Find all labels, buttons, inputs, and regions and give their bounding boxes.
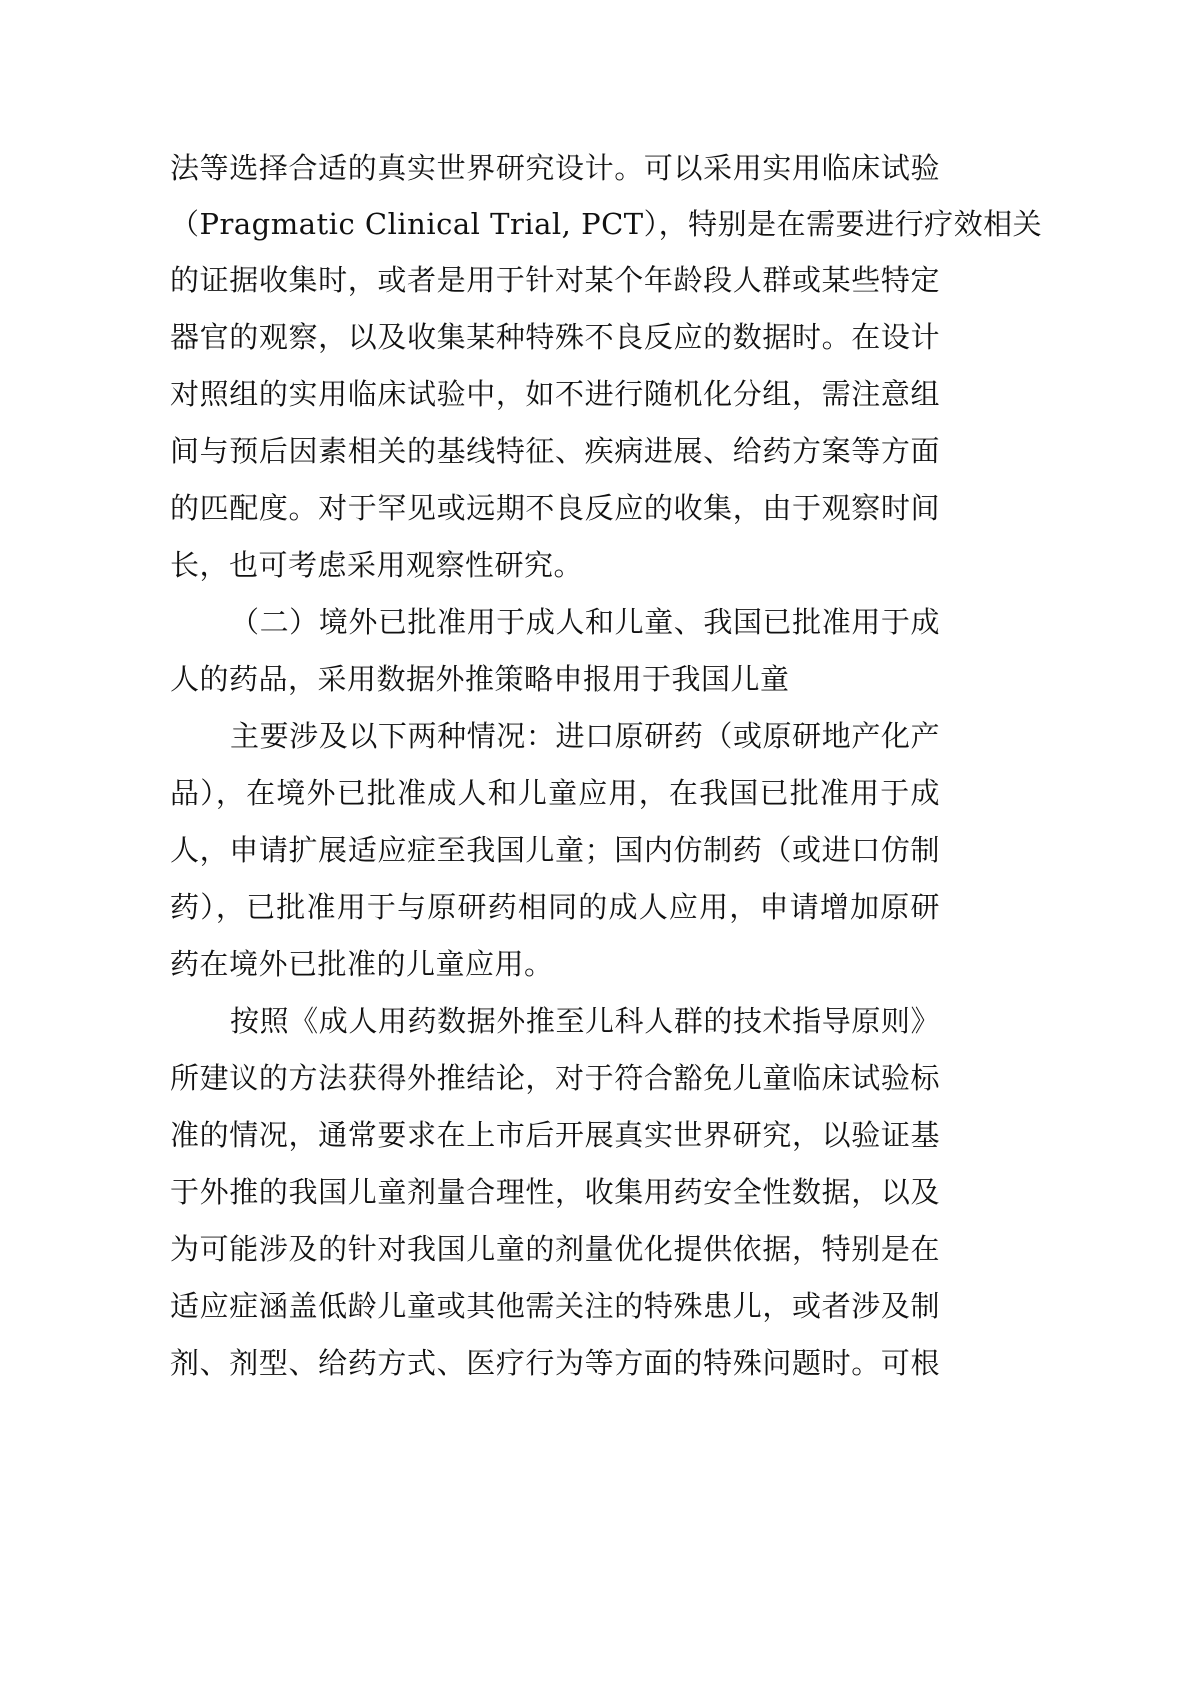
paragraph-line: 药），已批准用于与原研药相同的成人应用，申请增加原研 (170, 887, 940, 927)
paragraph-line: 于外推的我国儿童剂量合理性，收集用药安全性数据，以及 (170, 1172, 940, 1212)
paragraph-line: 所建议的方法获得外推结论，对于符合豁免儿童临床试验标 (170, 1058, 940, 1098)
paragraph-line: 长，也可考虑采用观察性研究。 (170, 545, 940, 585)
paragraph-line: 的证据收集时，或者是用于针对某个年龄段人群或某些特定 (170, 260, 940, 300)
paragraph-line: 适应症涵盖低龄儿童或其他需关注的特殊患儿，或者涉及制 (170, 1286, 940, 1326)
paragraph-line: 品），在境外已批准成人和儿童应用，在我国已批准用于成 (170, 773, 940, 813)
paragraph-line: （Pragmatic Clinical Trial, PCT），特别是在需要进行… (170, 204, 940, 244)
paragraph-line: 法等选择合适的真实世界研究设计。可以采用实用临床试验 (170, 148, 940, 188)
paragraph-line: 对照组的实用临床试验中，如不进行随机化分组，需注意组 (170, 374, 940, 414)
section-heading: （二）境外已批准用于成人和儿童、我国已批准用于成 (230, 602, 940, 642)
paragraph-line: 剂、剂型、给药方式、医疗行为等方面的特殊问题时。可根 (170, 1343, 940, 1383)
paragraph-line: 器官的观察，以及收集某种特殊不良反应的数据时。在设计 (170, 317, 940, 357)
paragraph-line: 为可能涉及的针对我国儿童的剂量优化提供依据，特别是在 (170, 1229, 940, 1269)
document-page: 法等选择合适的真实世界研究设计。可以采用实用临床试验 （Pragmatic Cl… (0, 0, 1200, 1696)
paragraph-line: 人，申请扩展适应症至我国儿童；国内仿制药（或进口仿制 (170, 830, 940, 870)
section-heading-continued: 人的药品，采用数据外推策略申报用于我国儿童 (170, 659, 940, 699)
paragraph-line: 药在境外已批准的儿童应用。 (170, 944, 940, 984)
paragraph-first-line: 主要涉及以下两种情况：进口原研药（或原研地产化产 (230, 716, 940, 756)
paragraph-first-line: 按照《成人用药数据外推至儿科人群的技术指导原则》 (230, 1001, 940, 1041)
paragraph-line: 准的情况，通常要求在上市后开展真实世界研究，以验证基 (170, 1115, 940, 1155)
paragraph-line: 间与预后因素相关的基线特征、疾病进展、给药方案等方面 (170, 431, 940, 471)
paragraph-line: 的匹配度。对于罕见或远期不良反应的收集，由于观察时间 (170, 488, 940, 528)
